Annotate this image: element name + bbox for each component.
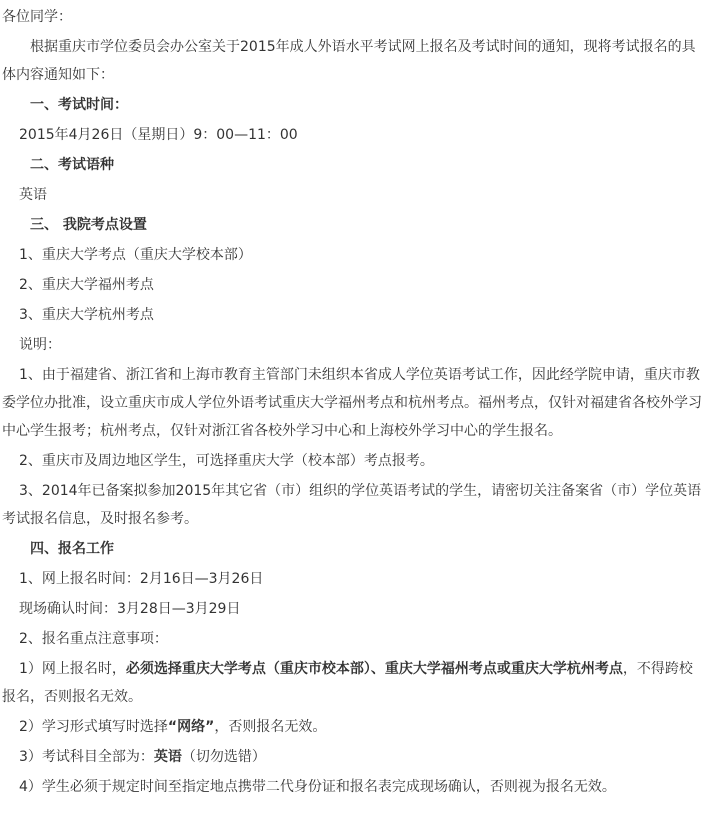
paragraph-reg-notes-label: 2、报名重点注意事项： (2, 625, 705, 653)
paragraph-notes-label: 说明： (2, 331, 705, 359)
paragraph-site-2: 2、重庆大学福州考点 (2, 271, 705, 299)
section-heading-heading-4: 四、报名工作 (2, 535, 705, 563)
text-run: 1、重庆大学考点（重庆大学校本部） (19, 247, 252, 263)
bold-text-run: 一、考试时间： (30, 97, 128, 113)
text-run: 说明： (19, 337, 61, 353)
paragraph-exam-time: 2015年4月26日（星期日）9：00—11：00 (2, 121, 705, 149)
bold-text-run: 三、 我院考点设置 (30, 217, 147, 233)
paragraph-language: 英语 (2, 181, 705, 209)
paragraph-intro: 根据重庆市学位委员会办公室关于2015年成人外语水平考试网上报名及考试时间的通知… (2, 33, 705, 89)
paragraph-note-2: 2、重庆市及周边地区学生，可选择重庆大学（校本部）考点报考。 (2, 447, 705, 475)
text-run: 1）网上报名时， (19, 661, 126, 677)
paragraph-confirm-time: 现场确认时间：3月28日—3月29日 (2, 595, 705, 623)
bold-text-run: “网络” (168, 719, 214, 735)
bold-text-run: 四、报名工作 (30, 541, 114, 557)
section-heading-heading-2: 二、考试语种 (2, 151, 705, 179)
text-run: 2、重庆市及周边地区学生，可选择重庆大学（校本部）考点报考。 (19, 453, 434, 469)
text-run: 1、由于福建省、浙江省和上海市教育主管部门未组织本省成人学位英语考试工作，因此经… (2, 367, 702, 439)
section-heading-heading-1: 一、考试时间： (2, 91, 705, 119)
text-run: 1、网上报名时间：2月16日—3月26日 (19, 571, 263, 587)
text-run: 2、报名重点注意事项： (19, 631, 168, 647)
paragraph-site-3: 3、重庆大学杭州考点 (2, 301, 705, 329)
paragraph-note-1: 1、由于福建省、浙江省和上海市教育主管部门未组织本省成人学位英语考试工作，因此经… (2, 361, 705, 445)
text-run: 各位同学： (2, 9, 72, 25)
section-heading-heading-3: 三、 我院考点设置 (2, 211, 705, 239)
paragraph-reg-note-3: 3）考试科目全部为：英语（切勿选错） (2, 743, 705, 771)
text-run: 3、2014年已备案拟参加2015年其它省（市）组织的学位英语考试的学生，请密切… (2, 483, 701, 527)
paragraph-site-1: 1、重庆大学考点（重庆大学校本部） (2, 241, 705, 269)
text-run: ，否则报名无效。 (214, 719, 326, 735)
text-run: 2）学习形式填写时选择 (19, 719, 168, 735)
paragraph-reg-note-2: 2）学习形式填写时选择“网络”，否则报名无效。 (2, 713, 705, 741)
paragraph-reg-note-1: 1）网上报名时，必须选择重庆大学考点（重庆市校本部）、重庆大学福州考点或重庆大学… (2, 655, 705, 711)
notice-document: 各位同学：根据重庆市学位委员会办公室关于2015年成人外语水平考试网上报名及考试… (0, 0, 710, 801)
text-run: 2015年4月26日（星期日）9：00—11：00 (19, 127, 298, 143)
bold-text-run: 英语 (154, 749, 182, 765)
text-run: 3、重庆大学杭州考点 (19, 307, 154, 323)
paragraph-salutation: 各位同学： (2, 3, 705, 31)
bold-text-run: 必须选择重庆大学考点（重庆市校本部）、重庆大学福州考点或重庆大学杭州考点 (126, 661, 623, 677)
text-run: 现场确认时间：3月28日—3月29日 (19, 601, 240, 617)
paragraph-reg-note-4: 4）学生必须于规定时间至指定地点携带二代身份证和报名表完成现场确认，否则视为报名… (2, 773, 705, 801)
bold-text-run: 二、考试语种 (30, 157, 114, 173)
text-run: 3）考试科目全部为： (19, 749, 154, 765)
paragraph-note-3: 3、2014年已备案拟参加2015年其它省（市）组织的学位英语考试的学生，请密切… (2, 477, 705, 533)
text-run: 4）学生必须于规定时间至指定地点携带二代身份证和报名表完成现场确认，否则视为报名… (19, 779, 616, 795)
text-run: 2、重庆大学福州考点 (19, 277, 154, 293)
paragraph-online-reg-time: 1、网上报名时间：2月16日—3月26日 (2, 565, 705, 593)
text-run: （切勿选错） (182, 749, 266, 765)
text-run: 根据重庆市学位委员会办公室关于2015年成人外语水平考试网上报名及考试时间的通知… (2, 39, 696, 83)
text-run: 英语 (19, 187, 47, 203)
